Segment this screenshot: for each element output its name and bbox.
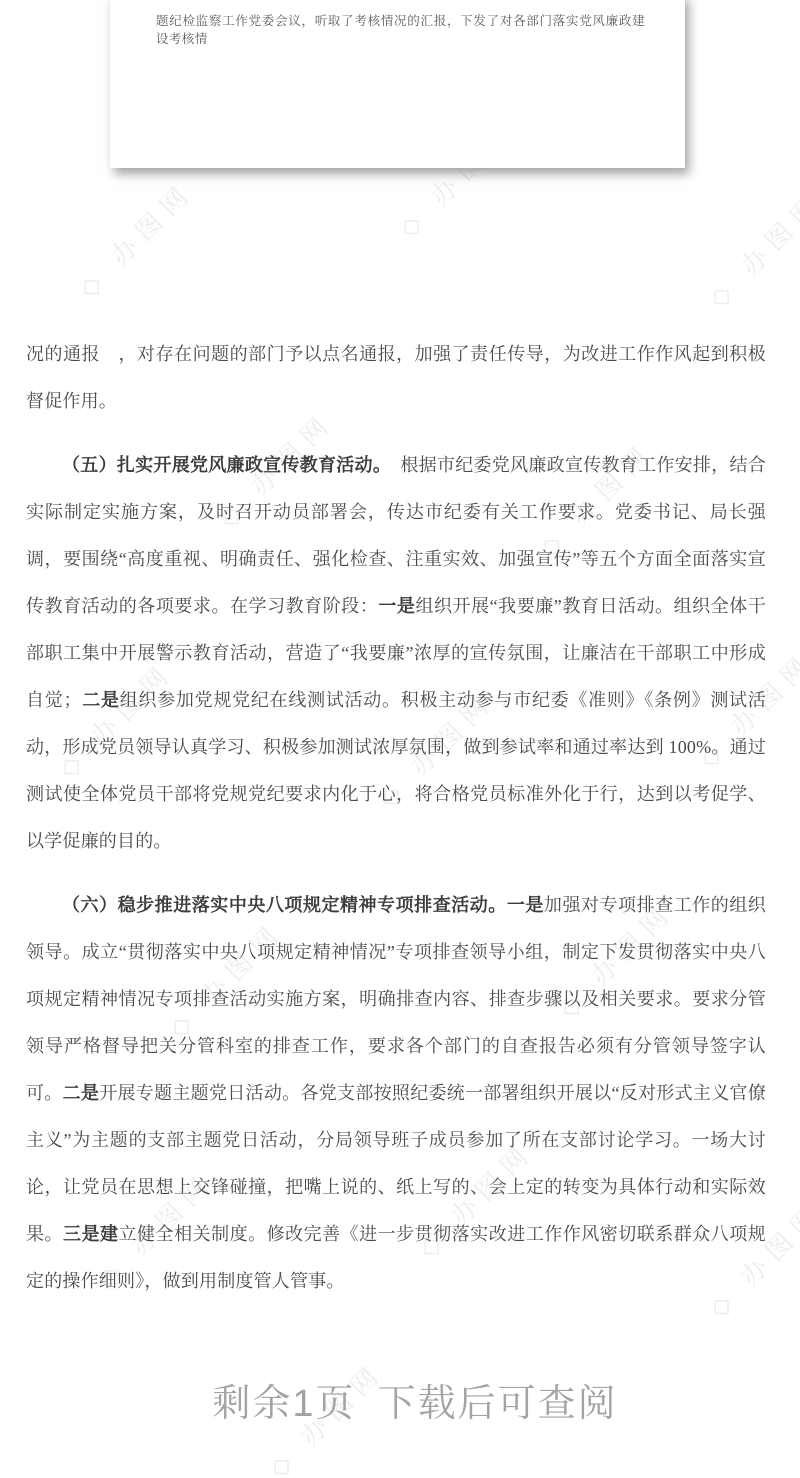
- bold-text-run: （五）扎实开展党风廉政宣传教育活动。: [62, 455, 382, 475]
- text-run: 组织参加党规党纪在线测试活动。积极主动参与市纪委《准则》《条例》测试活动，形成党…: [26, 690, 766, 851]
- text-run: 立健全相关制度。修改完善《进一步贯彻落实改进工作作风密切联系群众八项规定的操作细…: [26, 1224, 766, 1291]
- bold-text-run: 二是: [82, 690, 120, 710]
- remaining-page-count: 剩余1页: [212, 1383, 355, 1425]
- text-run: 根据市纪委党风廉政宣传教育工作安排，结合实际制定实施方案，及时召开动员部署会，传…: [26, 455, 766, 616]
- document-paragraph: 况的通报 ，对存在问题的部门予以点名通报，加强了责任传导，为改进工作作风起到积极…: [26, 331, 766, 425]
- bold-text-run: 二是: [63, 1083, 100, 1103]
- document-paragraph: （六）稳步推进落实中央八项规定精神专项排查活动。一是加强对专项排查工作的组织领导…: [26, 882, 766, 1305]
- site-watermark: ◇ 办图网: [699, 182, 800, 314]
- document-body: 况的通报 ，对存在问题的部门予以点名通报，加强了责任传导，为改进工作作风起到积极…: [26, 331, 766, 1322]
- site-watermark: ◇ 办图网: [69, 172, 201, 304]
- page-1-card: 题纪检监察工作党委会议，听取了考核情况的汇报，下发了对各部门落实党风廉政建设考核…: [110, 0, 685, 168]
- download-to-view-hint: 下载后可查阅: [378, 1383, 618, 1425]
- page-1-tail-text: 题纪检监察工作党委会议，听取了考核情况的汇报，下发了对各部门落实党风廉政建设考核…: [156, 12, 645, 48]
- document-paragraph: （五）扎实开展党风廉政宣传教育活动。 根据市纪委党风廉政宣传教育工作安排，结合实…: [26, 442, 766, 865]
- bold-text-run: 三是建: [63, 1224, 119, 1244]
- bold-text-run: （六）稳步推进落实中央八项规定精神专项排查活动。一是: [62, 895, 544, 915]
- text-run: 加强对专项排查工作的组织领导。成立“贯彻落实中央八项规定精神情况”专项排查领导小…: [26, 895, 766, 1103]
- text-run: 况的通报 ，对存在问题的部门予以点名通报，加强了责任传导，为改进工作作风起到积极…: [26, 344, 766, 411]
- remaining-pages-notice: 剩余1页下载后可查阅: [0, 1372, 800, 1427]
- bold-text-run: 一是: [378, 596, 415, 616]
- text-run: 开展专题主题党日活动。各党支部按照纪委统一部署组织开展以“反对形式主义官僚主义”…: [26, 1083, 766, 1244]
- document-preview-screen: ◇ 办图网◇ 办图网◇ 办图网◇ 办图网◇ 办图网◇ 办图网◇ 办图网◇ 办图网…: [0, 0, 800, 1478]
